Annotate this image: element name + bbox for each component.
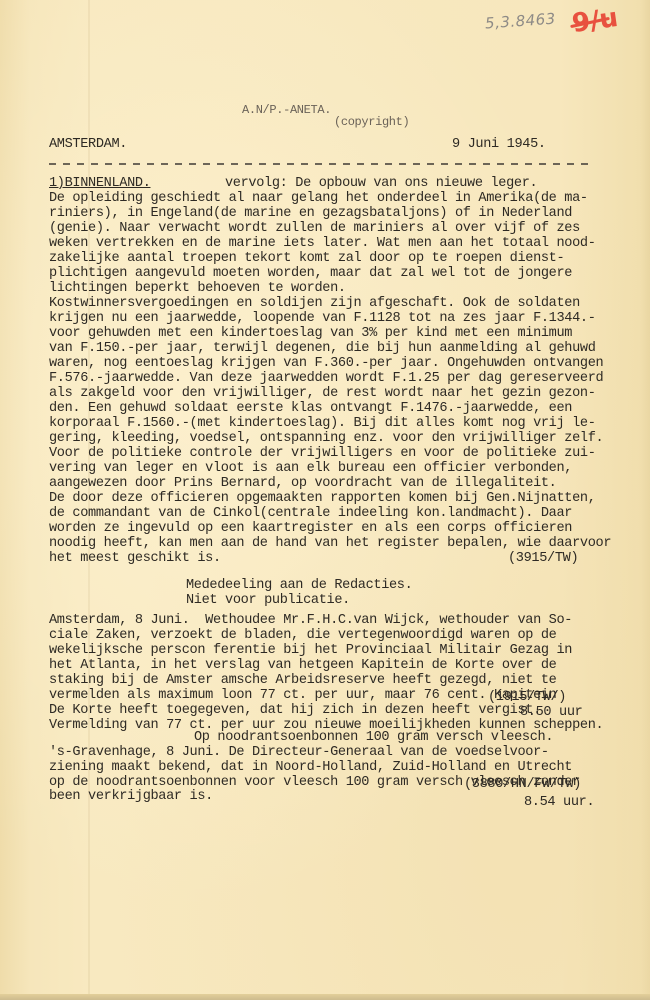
body-line: De opleiding geschiedt al naar gelang he…: [49, 191, 588, 206]
section1-code: (3915/TW): [508, 551, 578, 566]
section2-title-line2: Niet voor publicatie.: [186, 593, 350, 608]
body-line: de commandant van de Cinkol(centrale ind…: [49, 506, 572, 521]
body-line: krijgen nu een jaarwedde, loopende van F…: [49, 311, 596, 326]
body-line: 's-Gravenhage, 8 Juni. De Directeur-Gene…: [49, 745, 549, 760]
body-line: De door deze officieren opgemaakten rapp…: [49, 491, 596, 506]
body-line: van F.150.-per jaar, terwijl degenen, di…: [49, 341, 596, 356]
body-line: ciale Zaken, verzoekt de bladen, die ver…: [49, 628, 557, 643]
body-line: gering, kleeding, voedsel, ontspanning e…: [49, 431, 603, 446]
body-line: voor gehuwden met een kindertoeslag van …: [49, 326, 572, 341]
body-line: het meest geschikt is.: [49, 551, 221, 566]
body-line: wekelijksche perscon ferentie bij het Pr…: [49, 643, 572, 658]
body-line: zakelijke aantal troepen tekort komt zal…: [49, 251, 564, 266]
body-line: Amsterdam, 8 Juni. Wethoudee Mr.F.H.C.va…: [49, 613, 572, 628]
section3-time: 8.54 uur.: [524, 795, 594, 810]
paper-bottom-edge: [0, 994, 650, 1000]
section-heading-binnenland: 1)BINNENLAND.: [49, 176, 151, 191]
body-line: lichtingen beperkt behoeven te worden.: [49, 281, 346, 296]
body-line: noodig heeft, kan men aan de hand van he…: [49, 536, 611, 551]
body-line: been verkrijgbaar is.: [49, 789, 213, 804]
agency-name: A.N/P.-ANETA.: [242, 103, 331, 118]
body-line: De Korte heeft toegegeven, dat hij zich …: [49, 703, 541, 718]
copyright-note: (copyright): [334, 115, 409, 130]
body-line: ziening maakt bekend, dat in Noord-Holla…: [49, 760, 572, 775]
body-line: het Atlanta, in het verslag van hetgeen …: [49, 658, 557, 673]
dashed-separator: [49, 163, 595, 165]
section2-code: (1915/TW/): [488, 690, 566, 705]
body-line: aangewezen door Prins Bernard, op voordr…: [49, 476, 557, 491]
body-line: worden ze ingevuld op een kaartregister …: [49, 521, 572, 536]
body-line: Voor de politieke controle der vrijwilli…: [49, 446, 596, 461]
section2-title-line1: Mededeeling aan de Redacties.: [186, 578, 412, 593]
section1-subtitle: vervolg: De opbouw van ons nieuwe leger.: [225, 176, 537, 191]
body-line: waren, nog eentoeslag krijgen van F.360.…: [49, 356, 603, 371]
body-line: plichtigen aangevuld moeten worden, maar…: [49, 266, 572, 281]
dateline-date: 9 Juni 1945.: [452, 137, 546, 152]
section3-title: Op noodrantsoenbonnen 100 gram versch vl…: [194, 730, 553, 745]
body-line: Kostwinnersvergoedingen en soldijen zijn…: [49, 296, 580, 311]
dateline-place: AMSTERDAM.: [49, 137, 127, 152]
body-line: vering van leger en vloot is aan elk bur…: [49, 461, 572, 476]
body-line: (genie). Naar verwacht wordt zullen de m…: [49, 221, 580, 236]
body-line: als zakgeld voor den vrijwilliger, de re…: [49, 386, 596, 401]
body-line: weken vertrekken en de marine iets later…: [49, 236, 596, 251]
body-line: F.576.-jaarwedde. Van deze jaarwedden wo…: [49, 371, 603, 386]
section3-code: (3880/HN/FW/TW): [464, 777, 581, 792]
body-line: staking bij de Amster amsche Arbeidsrese…: [49, 673, 557, 688]
body-line: korporaal F.1560.-(met kindertoeslag). B…: [49, 416, 596, 431]
body-line: vermelden als maximum loon 77 ct. per uu…: [49, 688, 557, 703]
body-line: riniers), in Engeland(de marine en gezag…: [49, 206, 572, 221]
body-line: den. Een gehuwd soldaat eerste klas ontv…: [49, 401, 572, 416]
section2-time: 8.50 uur: [520, 705, 582, 720]
